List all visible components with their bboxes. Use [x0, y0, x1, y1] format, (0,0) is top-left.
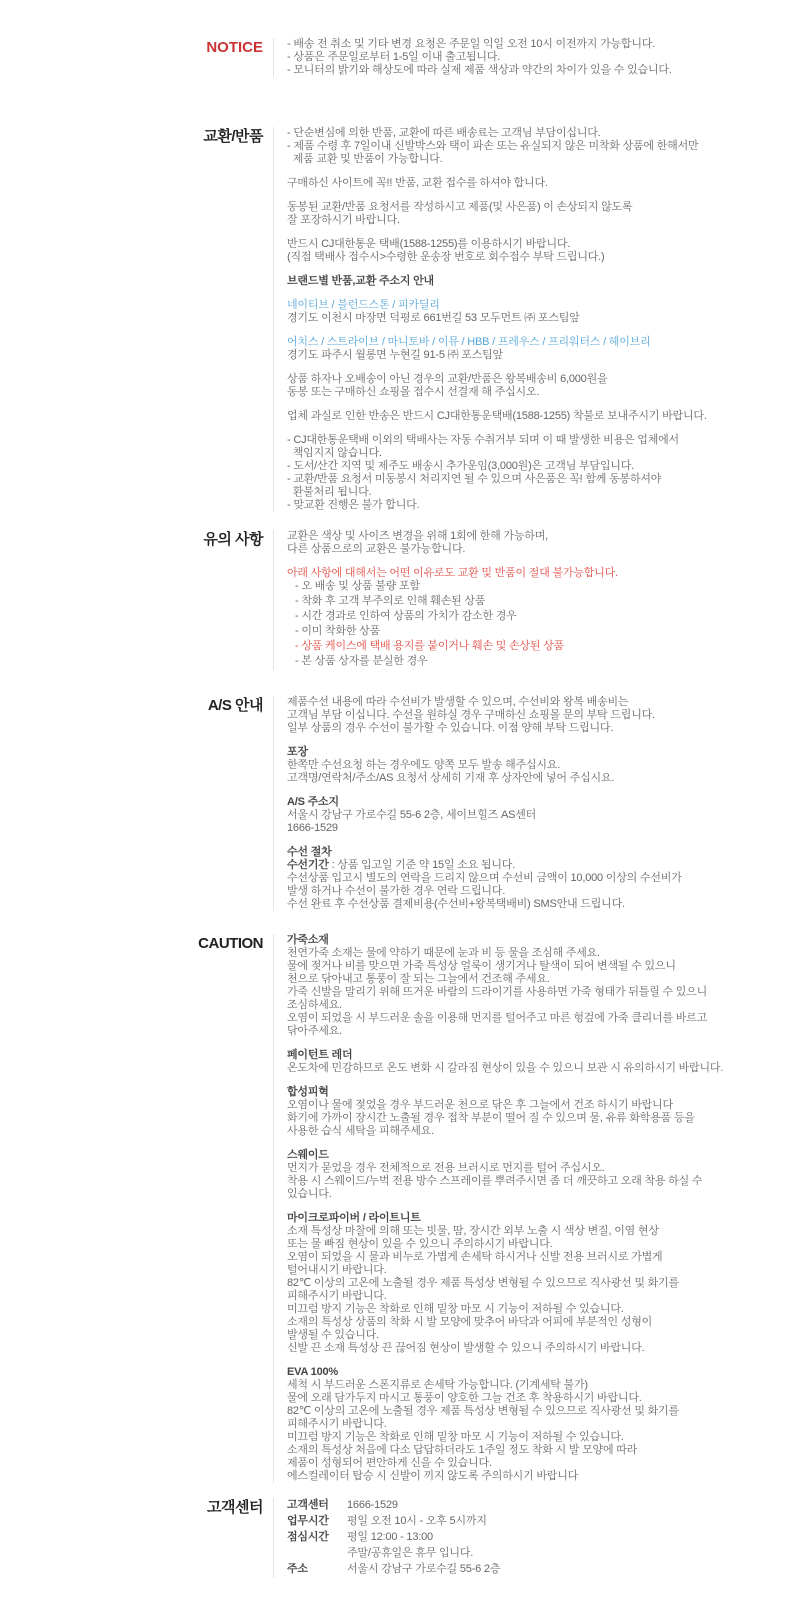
- customer-holiday-note: 주말/공휴일은 휴무 입니다.: [347, 1546, 750, 1561]
- as-process-title: 수선 절차: [287, 846, 750, 859]
- caution-section-title: CAUTION: [195, 934, 273, 1483]
- customer-row-label: 고객센터: [287, 1498, 347, 1513]
- notice-page: NOTICE - 배송 전 취소 및 기타 변경 요청은 주문일 익일 오전 1…: [0, 0, 800, 1618]
- customer-row-address: 주소 서울시 강남구 가로수길 55-6 2층: [287, 1562, 750, 1577]
- exchange-fee-note: 상품 하자나 오배송이 아닌 경우의 교환/반품은 왕복배송비 6,000원을 …: [287, 373, 750, 399]
- caution-group-title: 마이크로파이버 / 라이트니트: [287, 1212, 750, 1225]
- caution-group-suede: 스웨이드 먼지가 묻었을 경우 전체적으로 전용 브러시로 먼지를 털어 주십시…: [287, 1149, 750, 1201]
- customer-row-phone: 고객센터 1666-1529: [287, 1498, 750, 1513]
- notice-section-body: - 배송 전 취소 및 기타 변경 요청은 주문일 익일 오전 10시 이전까지…: [273, 38, 750, 77]
- brand-group-1: 네이티브 / 블런드스톤 / 피카딜리경기도 이천시 마장면 덕평로 661번길…: [287, 299, 750, 325]
- caution-group-leather: 가죽소재 천연가죽 소재는 물에 약하기 때문에 눈과 비 등 물을 조심해 주…: [287, 934, 750, 1038]
- as-intro: 제품수선 내용에 따라 수선비가 발생할 수 있으며, 수선비와 왕복 배송비는…: [287, 696, 750, 735]
- as-packing-title: 포장: [287, 746, 750, 759]
- as-guide-section: A/S 안내 제품수선 내용에 따라 수선비가 발생할 수 있으며, 수선비와 …: [195, 696, 750, 911]
- customer-row-label: 점심시간: [287, 1530, 347, 1545]
- as-guide-section-body: 제품수선 내용에 따라 수선비가 발생할 수 있으며, 수선비와 왕복 배송비는…: [273, 696, 750, 911]
- caution-group-body: 온도차에 민감하므로 온도 변화 시 갈라짐 현상이 있을 수 있으니 보관 시…: [287, 1062, 750, 1075]
- customer-center-section-title: 고객센터: [195, 1498, 273, 1578]
- precaution-item: - 시간 경과로 인하여 상품의 가치가 감소한 경우: [295, 610, 750, 623]
- brand-group-2-address: 경기도 파주시 월롱면 누현길 91-5 ㈜ 포스팀앞: [287, 349, 503, 361]
- exchange-packing-note: 동봉된 교환/반품 요청서를 작성하시고 제품(및 사은품) 이 손상되지 않도…: [287, 201, 750, 227]
- precaution-item: - 착화 후 고객 부주의로 인해 훼손된 상품: [295, 595, 750, 608]
- customer-lunch-hours: 평일 12:00 - 13:00: [347, 1530, 750, 1545]
- caution-group-synthetic-leather: 합성피혁 오염이나 물에 젖었을 경우 부드러운 천으로 닦은 후 그늘에서 건…: [287, 1086, 750, 1138]
- as-process-group: 수선 절차 수선기간 : 상품 입고일 기준 약 15일 소요 됩니다. 수선상…: [287, 846, 750, 911]
- precaution-section-body: 교환은 색상 및 사이즈 변경을 위해 1회에 한해 가능하며, 다른 상품으로…: [273, 530, 750, 670]
- notice-section-title: NOTICE: [195, 38, 273, 77]
- customer-business-hours: 평일 오전 10시 - 오후 5시까지: [347, 1514, 750, 1529]
- brand-group-2-names: 어치스 / 스트라이브 / 마니토바 / 이뮤 / HBB / 프레우스 / 프…: [287, 336, 651, 348]
- precaution-item: - 본 상품 상자를 분실한 경우: [295, 655, 750, 668]
- brand-group-1-address: 경기도 이천시 마장면 덕평로 661번길 53 모두먼트 ㈜ 포스팀앞: [287, 312, 580, 324]
- customer-row-lunch: 점심시간 평일 12:00 - 13:00: [287, 1530, 750, 1545]
- caution-group-body: 소재 특성상 마찰에 의해 또는 빗물, 땀, 장시간 외부 노출 시 색상 변…: [287, 1225, 750, 1355]
- caution-group-body: 천연가죽 소재는 물에 약하기 때문에 눈과 비 등 물을 조심해 주세요. 물…: [287, 947, 750, 1038]
- exchange-basic-rules: - 단순변심에 의한 반품, 교환에 따른 배송료는 고객님 부담이십니다. -…: [287, 127, 750, 166]
- as-process-body: 수선상품 입고시 별도의 연락을 드리지 않으며 수선비 금액이 10,000 …: [287, 872, 750, 911]
- caution-section-body: 가죽소재 천연가죽 소재는 물에 약하기 때문에 눈과 비 등 물을 조심해 주…: [273, 934, 750, 1483]
- as-process-duration: 수선기간 : 상품 입고일 기준 약 15일 소요 됩니다.: [287, 859, 750, 872]
- notice-section: NOTICE - 배송 전 취소 및 기타 변경 요청은 주문일 익일 오전 1…: [195, 38, 750, 77]
- as-process-duration-label: 수선기간: [287, 859, 329, 871]
- exchange-site-register-note: 구매하신 사이트에 꼭!! 반품, 교환 접수를 하셔야 합니다.: [287, 177, 750, 190]
- exchange-section-title: 교환/반품: [195, 127, 273, 512]
- precaution-intro: 교환은 색상 및 사이즈 변경을 위해 1회에 한해 가능하며, 다른 상품으로…: [287, 530, 750, 556]
- caution-group-body: 세척 시 부드러운 스폰지류로 손세탁 가능합니다. (기계세탁 불가) 물에 …: [287, 1379, 750, 1483]
- exchange-courier-note: 반드시 CJ대한통운 택배(1588-1255)를 이용하시기 바랍니다. (직…: [287, 238, 750, 264]
- precaution-item: - 이미 착화한 상품: [295, 625, 750, 638]
- exchange-company-fault-note: 업체 과실로 인한 반송은 반드시 CJ대한통운택배(1588-1255) 착불…: [287, 410, 750, 423]
- as-address-title: A/S 주소지: [287, 796, 750, 809]
- caution-group-title: EVA 100%: [287, 1366, 750, 1379]
- customer-row-holiday: 주말/공휴일은 휴무 입니다.: [287, 1546, 750, 1561]
- caution-group-title: 스웨이드: [287, 1149, 750, 1162]
- precaution-item: - 오 배송 및 상품 불량 포함: [295, 580, 750, 593]
- customer-row-hours: 업무시간 평일 오전 10시 - 오후 5시까지: [287, 1514, 750, 1529]
- exchange-section-body: - 단순변심에 의한 반품, 교환에 따른 배송료는 고객님 부담이십니다. -…: [273, 127, 750, 512]
- caution-group-title: 페이턴트 레더: [287, 1049, 750, 1062]
- notice-text: - 배송 전 취소 및 기타 변경 요청은 주문일 익일 오전 10시 이전까지…: [287, 38, 750, 77]
- caution-section: CAUTION 가죽소재 천연가죽 소재는 물에 약하기 때문에 눈과 비 등 …: [195, 934, 750, 1483]
- customer-row-label: [287, 1546, 347, 1561]
- customer-address: 서울시 강남구 가로수길 55-6 2층: [347, 1562, 750, 1577]
- caution-group-title: 가죽소재: [287, 934, 750, 947]
- as-packing-body: 한쪽만 수선요청 하는 경우에도 양쪽 모두 발송 해주십시요. 고객명/연락처…: [287, 759, 750, 785]
- exchange-extra-rules: - CJ대한통운택배 이외의 택배사는 자동 수취거부 되며 이 때 발생한 비…: [287, 434, 750, 512]
- customer-row-label: 업무시간: [287, 1514, 347, 1529]
- customer-row-label: 주소: [287, 1562, 347, 1577]
- caution-group-title: 합성피혁: [287, 1086, 750, 1099]
- customer-phone-number: 1666-1529: [347, 1498, 750, 1513]
- caution-group-eva: EVA 100% 세척 시 부드러운 스폰지류로 손세탁 가능합니다. (기계세…: [287, 1366, 750, 1483]
- precaution-section-title: 유의 사항: [195, 530, 273, 670]
- customer-center-section-body: 고객센터 1666-1529 업무시간 평일 오전 10시 - 오후 5시까지 …: [273, 1498, 750, 1578]
- caution-group-body: 먼지가 묻었을 경우 전체적으로 전용 브러시로 먼지를 털어 주십시오. 착용…: [287, 1162, 750, 1201]
- brand-group-1-names: 네이티브 / 블런드스톤 / 피카딜리: [287, 299, 440, 311]
- caution-group-patent-leather: 페이턴트 레더 온도차에 민감하므로 온도 변화 시 갈라짐 현상이 있을 수 …: [287, 1049, 750, 1075]
- precaution-section: 유의 사항 교환은 색상 및 사이즈 변경을 위해 1회에 한해 가능하며, 다…: [195, 530, 750, 670]
- precaution-item-highlighted: - 상품 케이스에 택배 용지를 붙이거나 훼손 및 손상된 상품: [295, 640, 750, 653]
- precaution-list: - 오 배송 및 상품 불량 포함 - 착화 후 고객 부주의로 인해 훼손된 …: [287, 580, 750, 668]
- customer-center-section: 고객센터 고객센터 1666-1529 업무시간 평일 오전 10시 - 오후 …: [195, 1498, 750, 1578]
- caution-group-microfiber: 마이크로파이버 / 라이트니트 소재 특성상 마찰에 의해 또는 빗물, 땀, …: [287, 1212, 750, 1355]
- as-process-duration-text: : 상품 입고일 기준 약 15일 소요 됩니다.: [329, 859, 515, 871]
- exchange-return-section: 교환/반품 - 단순변심에 의한 반품, 교환에 따른 배송료는 고객님 부담이…: [195, 127, 750, 512]
- as-address-body: 서울시 강남구 가로수길 55-6 2층, 세이브힐즈 AS센터 1666-15…: [287, 809, 750, 835]
- caution-group-body: 오염이나 물에 젖었을 경우 부드러운 천으로 닦은 후 그늘에서 건조 하시기…: [287, 1099, 750, 1138]
- precaution-warning-title: 아래 사항에 대해서는 어떤 이유로도 교환 및 반품이 절대 불가능합니다.: [287, 567, 750, 580]
- brand-address-title: 브랜드별 반품,교환 주소지 안내: [287, 275, 750, 288]
- as-packing-group: 포장 한쪽만 수선요청 하는 경우에도 양쪽 모두 발송 해주십시요. 고객명/…: [287, 746, 750, 785]
- as-address-group: A/S 주소지 서울시 강남구 가로수길 55-6 2층, 세이브힐즈 AS센터…: [287, 796, 750, 835]
- brand-group-2: 어치스 / 스트라이브 / 마니토바 / 이뮤 / HBB / 프레우스 / 프…: [287, 336, 750, 362]
- as-guide-section-title: A/S 안내: [195, 696, 273, 911]
